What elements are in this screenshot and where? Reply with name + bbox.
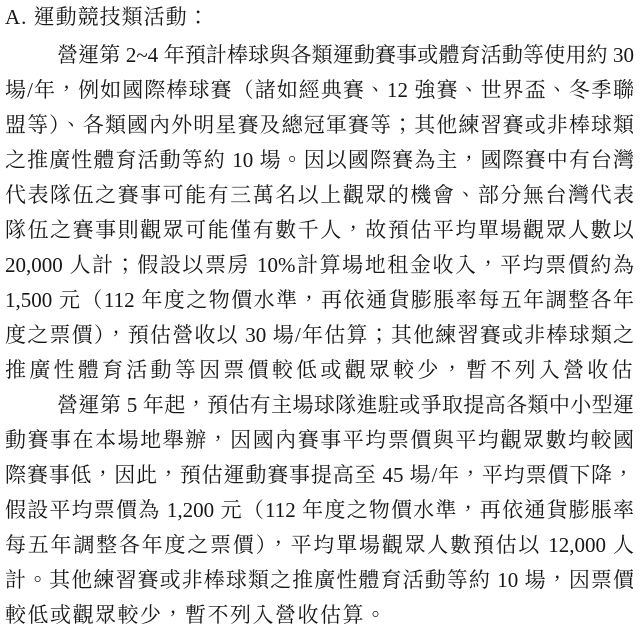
- text-line: 營運第 5 年起，預估有主場球隊進駐或爭取提高各類中小型運: [5, 388, 634, 423]
- text-line: 動賽事在本場地舉辦，因國內賽事平均票價與平均觀眾數均較國: [5, 423, 634, 458]
- text-line: 場/年，例如國際棒球賽（諸如經典賽、12 強賽、世界盃、冬季聯: [5, 73, 634, 108]
- text-line: 計。其他練習賽或非棒球類之推廣性體育活動等約 10 場，因票價: [5, 563, 634, 598]
- text-line: 營運第 2~4 年預計棒球與各類運動賽事或體育活動等使用約 30: [5, 38, 634, 73]
- paragraph-operations-year-5-onward: 營運第 5 年起，預估有主場球隊進駐或爭取提高各類中小型運 動賽事在本場地舉辦，…: [5, 388, 634, 633]
- text-line: 之推廣性體育活動等約 10 場。因以國際賽為主，國際賽中有台灣: [5, 143, 634, 178]
- text-line: 盟等）、各類國內外明星賽及總冠軍賽等；其他練習賽或非棒球類: [5, 108, 634, 143]
- section-heading: A. 運動競技類活動：: [5, 1, 634, 34]
- text-line: 際賽事低，因此，預估運動賽事提高至 45 場/年，平均票價下降，: [5, 458, 634, 493]
- text-line: 隊伍之賽事則觀眾可能僅有數千人，故預估平均單場觀眾人數以: [5, 213, 634, 248]
- text-line: 20,000 人計；假設以票房 10%計算場地租金收入，平均票價約為: [5, 248, 634, 283]
- document-page: A. 運動競技類活動： 營運第 2~4 年預計棒球與各類運動賽事或體育活動等使用…: [0, 0, 640, 636]
- text-line: 假設平均票價為 1,200 元（112 年度之物價水準，再依通貨膨脹率: [5, 493, 634, 528]
- paragraph-operations-year-2-4: 營運第 2~4 年預計棒球與各類運動賽事或體育活動等使用約 30 場/年，例如國…: [5, 38, 634, 388]
- text-line: 推廣性體育活動等因票價較低或觀眾較少，暫不列入營收估算。: [5, 353, 634, 388]
- text-line: 1,500 元（112 年度之物價水準，再依通貨膨脹率每五年調整各年: [5, 283, 634, 318]
- text-line: 較低或觀眾較少，暫不列入營收估算。: [5, 598, 634, 633]
- text-line: 每五年調整各年度之票價），平均單場觀眾人數預估以 12,000 人: [5, 528, 634, 563]
- text-line: 代表隊伍之賽事可能有三萬名以上觀眾的機會、部分無台灣代表: [5, 178, 634, 213]
- text-line: 度之票價），預估營收以 30 場/年估算；其他練習賽或非棒球類之: [5, 318, 634, 353]
